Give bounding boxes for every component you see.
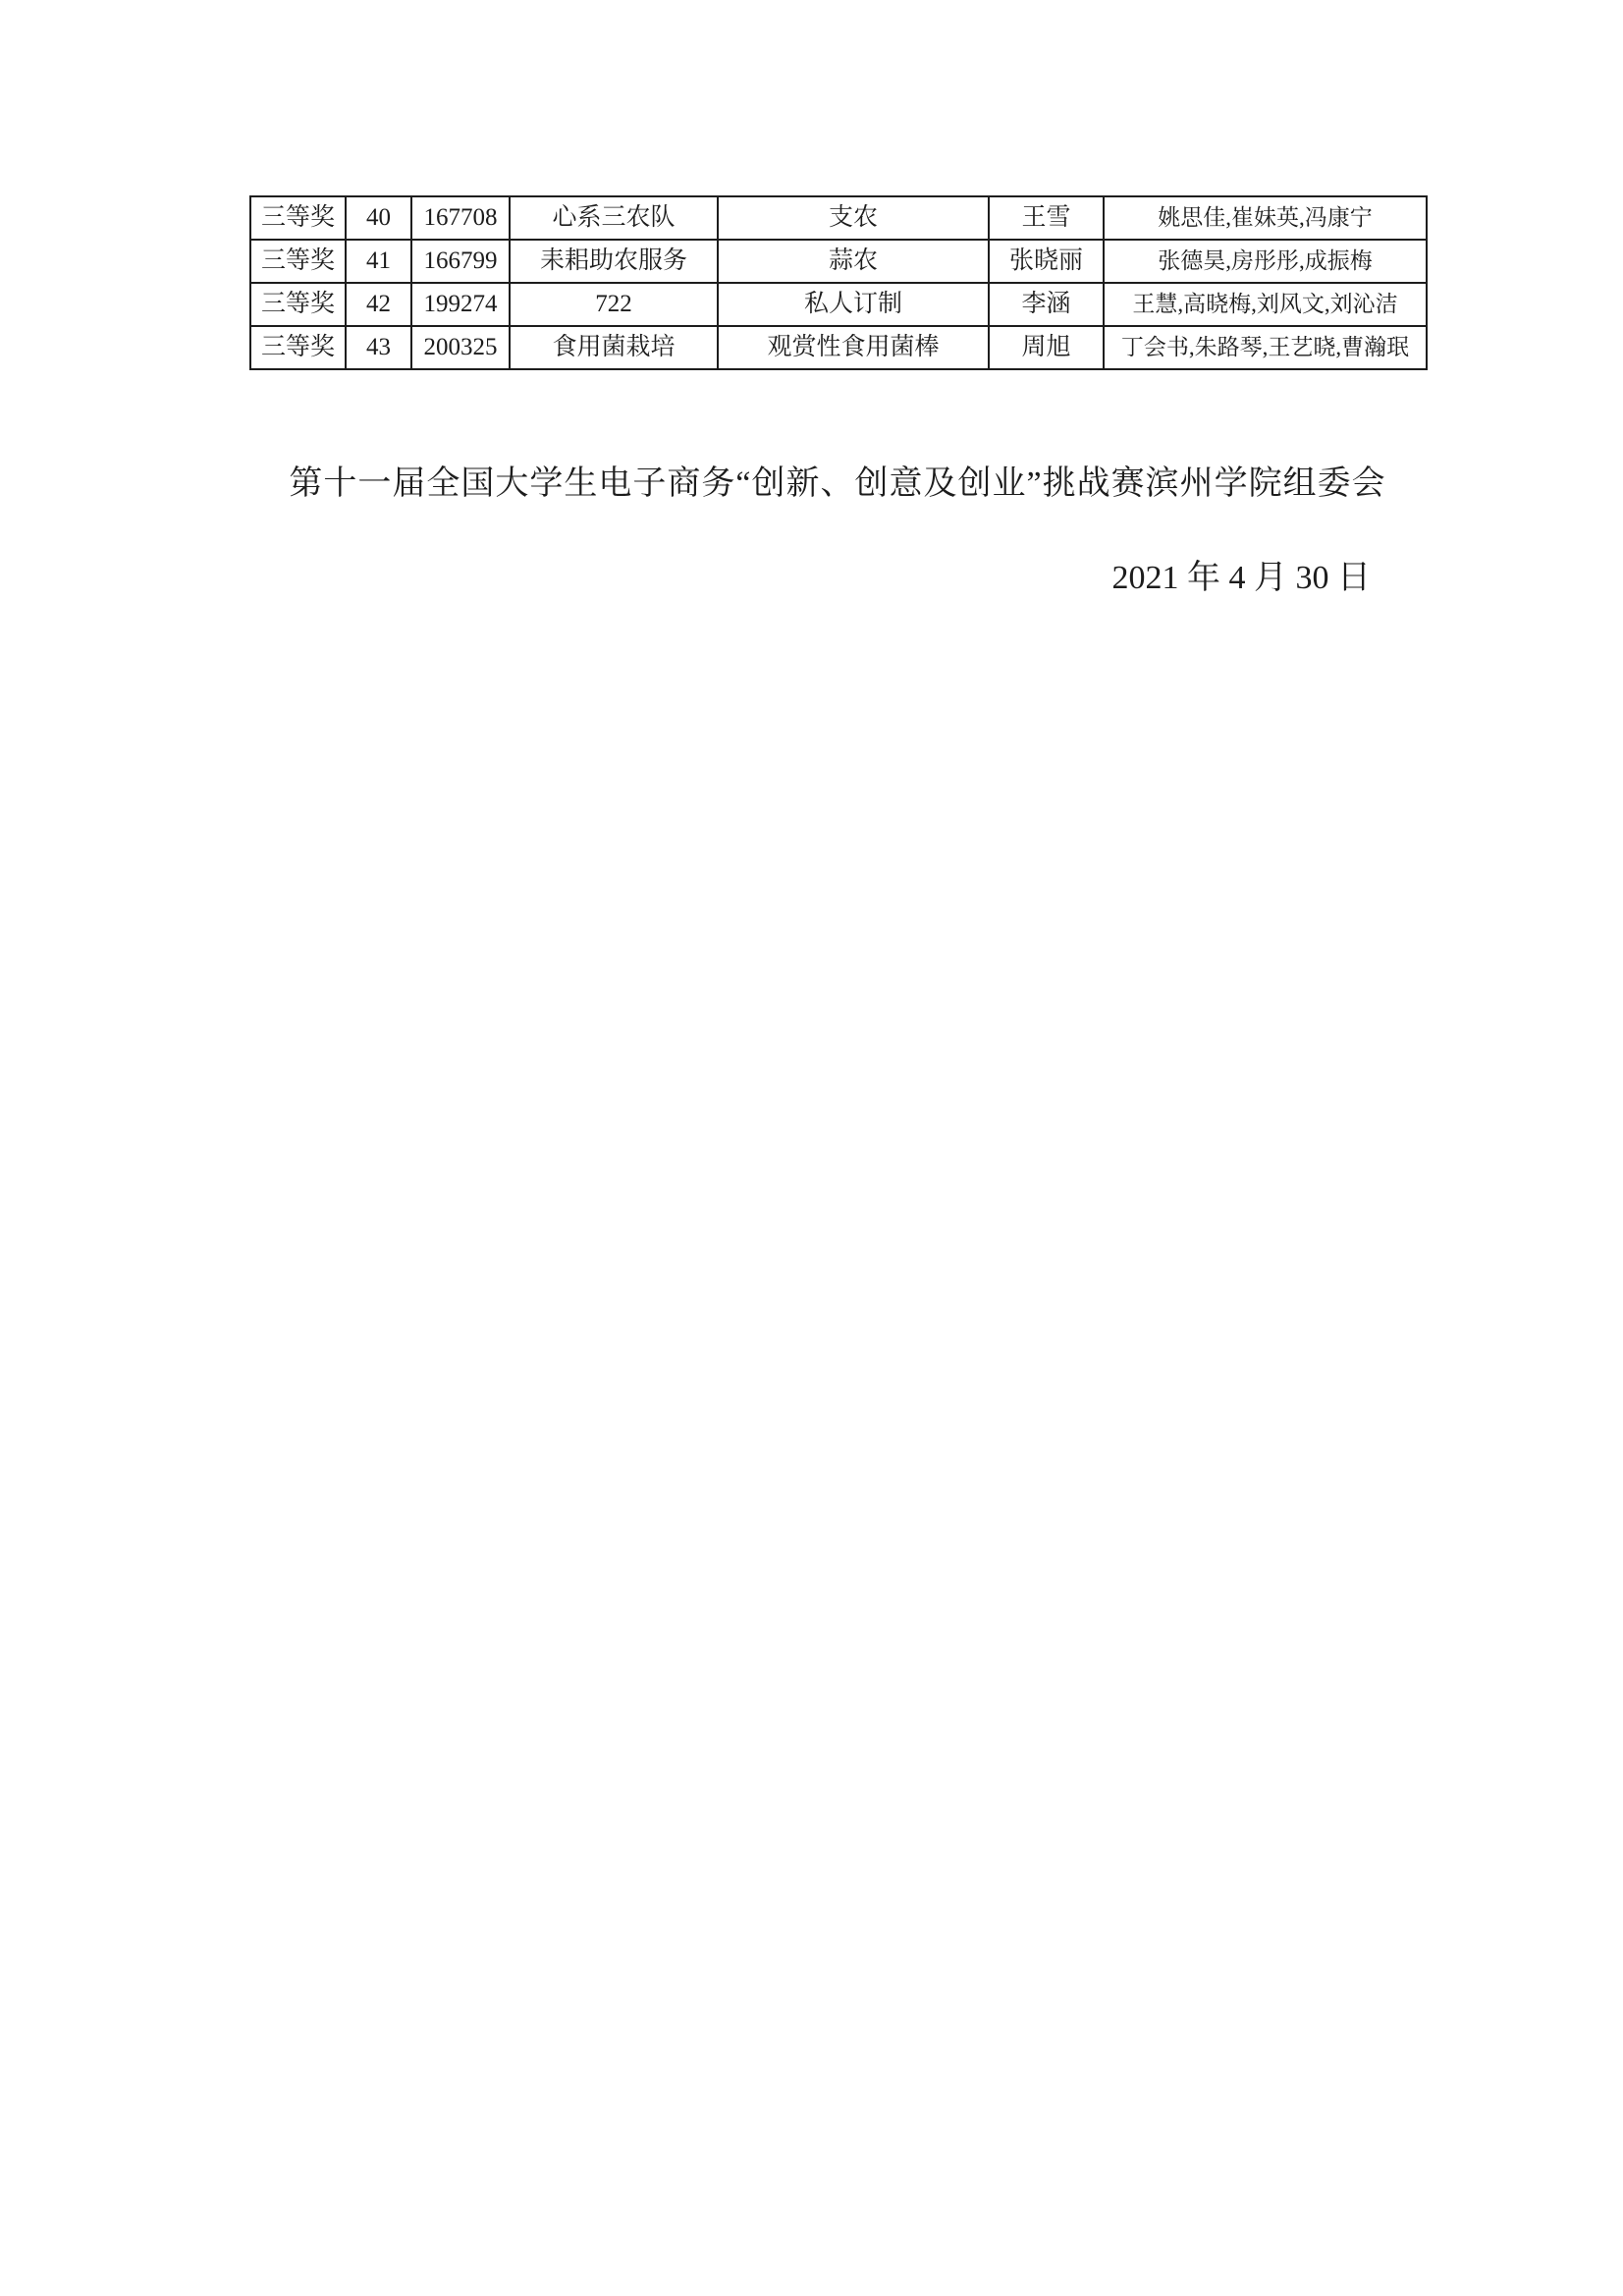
team-code-cell: 199274	[411, 283, 510, 326]
serial-number-cell: 42	[346, 283, 411, 326]
project-name-cell: 支农	[718, 196, 989, 240]
members-cell: 张德昊,房彤彤,成振梅	[1104, 240, 1427, 283]
leader-cell: 王雪	[989, 196, 1104, 240]
team-code-cell: 167708	[411, 196, 510, 240]
project-name-cell: 私人订制	[718, 283, 989, 326]
members-cell: 王慧,高晓梅,刘风文,刘沁洁	[1104, 283, 1427, 326]
table-row: 三等奖 40 167708 心系三农队 支农 王雪 姚思佳,崔妹英,冯康宁	[250, 196, 1427, 240]
table-row: 三等奖 42 199274 722 私人订制 李涵 王慧,高晓梅,刘风文,刘沁洁	[250, 283, 1427, 326]
award-level-cell: 三等奖	[250, 326, 346, 369]
table-row: 三等奖 41 166799 耒耜助农服务 蒜农 张晓丽 张德昊,房彤彤,成振梅	[250, 240, 1427, 283]
leader-cell: 张晓丽	[989, 240, 1104, 283]
team-name-cell: 耒耜助农服务	[510, 240, 718, 283]
team-name-cell: 食用菌栽培	[510, 326, 718, 369]
team-name-cell: 心系三农队	[510, 196, 718, 240]
serial-number-cell: 43	[346, 326, 411, 369]
serial-number-cell: 41	[346, 240, 411, 283]
award-level-cell: 三等奖	[250, 283, 346, 326]
organizer-signature: 第十一届全国大学生电子商务“创新、创意及创业”挑战赛滨州学院组委会	[249, 456, 1426, 504]
signature-date: 2021 年 4 月 30 日	[249, 550, 1371, 598]
team-name-cell: 722	[510, 283, 718, 326]
team-code-cell: 200325	[411, 326, 510, 369]
members-cell: 丁会书,朱路琴,王艺晓,曹瀚珉	[1104, 326, 1427, 369]
table-row: 三等奖 43 200325 食用菌栽培 观赏性食用菌棒 周旭 丁会书,朱路琴,王…	[250, 326, 1427, 369]
leader-cell: 李涵	[989, 283, 1104, 326]
project-name-cell: 观赏性食用菌棒	[718, 326, 989, 369]
leader-cell: 周旭	[989, 326, 1104, 369]
document-page: 三等奖 40 167708 心系三农队 支农 王雪 姚思佳,崔妹英,冯康宁 三等…	[0, 0, 1623, 2296]
project-name-cell: 蒜农	[718, 240, 989, 283]
award-table: 三等奖 40 167708 心系三农队 支农 王雪 姚思佳,崔妹英,冯康宁 三等…	[249, 195, 1428, 370]
serial-number-cell: 40	[346, 196, 411, 240]
members-cell: 姚思佳,崔妹英,冯康宁	[1104, 196, 1427, 240]
award-level-cell: 三等奖	[250, 196, 346, 240]
team-code-cell: 166799	[411, 240, 510, 283]
award-level-cell: 三等奖	[250, 240, 346, 283]
